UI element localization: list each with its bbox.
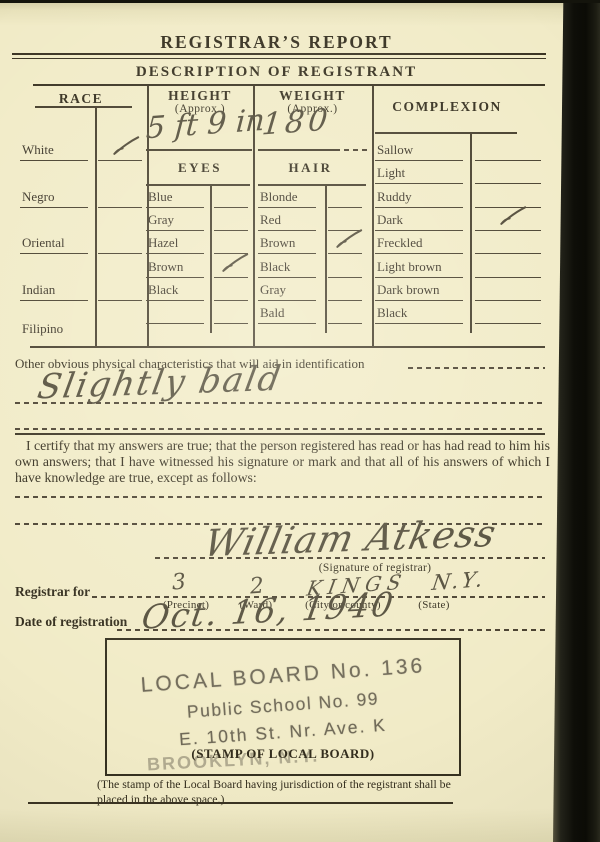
date-dash-line [117, 629, 545, 631]
complexion-option-black: Black [375, 302, 541, 324]
date-of-registration-label: Date of registration [15, 614, 127, 630]
write-dash-line-2 [15, 428, 545, 430]
other-label-dash-tail [408, 367, 545, 369]
write-line [375, 160, 463, 162]
option-label: Oriental [22, 235, 65, 251]
option-label: Blue [148, 189, 173, 205]
height-value-handwriting: 5 ft 9 in [145, 106, 266, 145]
write-line [146, 253, 204, 255]
option-label: Red [260, 212, 281, 228]
write-line [258, 277, 316, 279]
checkmark-icon [330, 297, 363, 327]
table-bottom-rule [30, 346, 545, 348]
weight-value-handwriting: 180 [260, 105, 332, 140]
other-characteristics-handwriting: Slightly bald [35, 362, 285, 405]
title-double-rule [12, 53, 546, 59]
write-line [375, 253, 463, 255]
option-label: Gray [148, 212, 174, 228]
hair-option-bald: Bald [258, 302, 362, 324]
option-label: Gray [260, 282, 286, 298]
option-label: Ruddy [377, 189, 412, 205]
write-line [20, 253, 88, 255]
option-label: Negro [22, 189, 55, 205]
option-label: Dark brown [377, 282, 439, 298]
write-line [375, 183, 463, 185]
option-label: Black [148, 282, 178, 298]
race-option-filipino: Filipino [20, 318, 142, 340]
hair-subheader: HAIR [253, 160, 368, 176]
option-label: Black [377, 305, 407, 321]
weight-complexion-divider [372, 86, 374, 347]
race-option-indian: Indian [20, 279, 142, 301]
option-label: Light [377, 165, 405, 181]
checkmark-icon [216, 274, 249, 304]
write-line [258, 323, 316, 325]
write-line [375, 323, 463, 325]
write-line [146, 277, 204, 279]
option-label: Sallow [377, 142, 413, 158]
option-label: Filipino [22, 321, 63, 337]
checkmark-icon [494, 297, 527, 327]
option-label: Bald [260, 305, 285, 321]
write-line [146, 230, 204, 232]
option-label: Brown [260, 235, 295, 251]
write-line [20, 300, 88, 302]
page-title: REGISTRAR’S REPORT [0, 32, 553, 53]
scanned-document-page: REGISTRAR’S REPORT DESCRIPTION OF REGIST… [0, 0, 600, 842]
registration-card-paper: REGISTRAR’S REPORT DESCRIPTION OF REGIST… [0, 0, 600, 842]
weight-write-line [258, 149, 340, 151]
checkmark-icon [107, 274, 140, 304]
complexion-column-header: COMPLEXION [372, 100, 522, 114]
option-label: Black [260, 259, 290, 275]
section-header-rule [33, 84, 545, 86]
state-value-handwriting: N.Y. [431, 569, 487, 594]
race-option-oriental: Oriental [20, 232, 142, 254]
write-line [258, 300, 316, 302]
race-column-header: RACE [20, 92, 142, 106]
write-line [20, 207, 88, 209]
option-label: Hazel [148, 235, 178, 251]
certification-top-rule [15, 433, 545, 435]
write-line [20, 160, 88, 162]
weight-write-line-dashes [344, 149, 368, 151]
race-header-rule [35, 106, 132, 108]
precinct-value-handwriting: 3 [171, 572, 187, 595]
weight-header-label: WEIGHT [279, 88, 346, 103]
option-label: White [22, 142, 54, 158]
signature-dash-line [155, 557, 545, 559]
option-label: Light brown [377, 259, 442, 275]
write-dash-line-1 [15, 402, 545, 404]
check-line [214, 323, 248, 325]
checkmark-icon [107, 134, 140, 164]
registrar-signature-handwriting: William Atkess [201, 515, 500, 562]
option-label: Indian [22, 282, 55, 298]
race-option-white: White [20, 139, 142, 161]
write-line [375, 300, 463, 302]
option-label: Blonde [260, 189, 298, 205]
write-line [375, 277, 463, 279]
write-line [258, 230, 316, 232]
bottom-rule [28, 802, 453, 804]
option-label: Freckled [377, 235, 422, 251]
eyes-option-black: Black [146, 279, 248, 301]
write-line [146, 323, 204, 325]
write-line [375, 207, 463, 209]
section-header: DESCRIPTION OF REGISTRANT [0, 64, 553, 81]
stamp-caption: (STAMP OF LOCAL BOARD) [107, 746, 459, 762]
write-line [258, 253, 316, 255]
write-line [375, 230, 463, 232]
local-board-stamp-box: LOCAL BOARD No. 136 Public School No. 99… [105, 638, 461, 776]
height-write-line [146, 149, 252, 151]
state-caption: (State) [404, 599, 464, 611]
registrar-for-label: Registrar for [15, 584, 90, 600]
eyes-subheader: EYES [147, 160, 253, 176]
checkmark-icon [107, 181, 140, 211]
certification-text: I certify that my answers are true; that… [15, 438, 550, 486]
write-line [146, 207, 204, 209]
option-label: Brown [148, 259, 183, 275]
scan-top-edge [0, 0, 600, 3]
write-line [146, 300, 204, 302]
option-label: Dark [377, 212, 403, 228]
eyes-blank-row [146, 302, 248, 324]
exceptions-dash-line-1 [15, 496, 545, 498]
checkmark-icon [107, 227, 140, 257]
write-line [258, 207, 316, 209]
race-option-negro: Negro [20, 186, 142, 208]
height-header-label: HEIGHT [168, 88, 232, 103]
